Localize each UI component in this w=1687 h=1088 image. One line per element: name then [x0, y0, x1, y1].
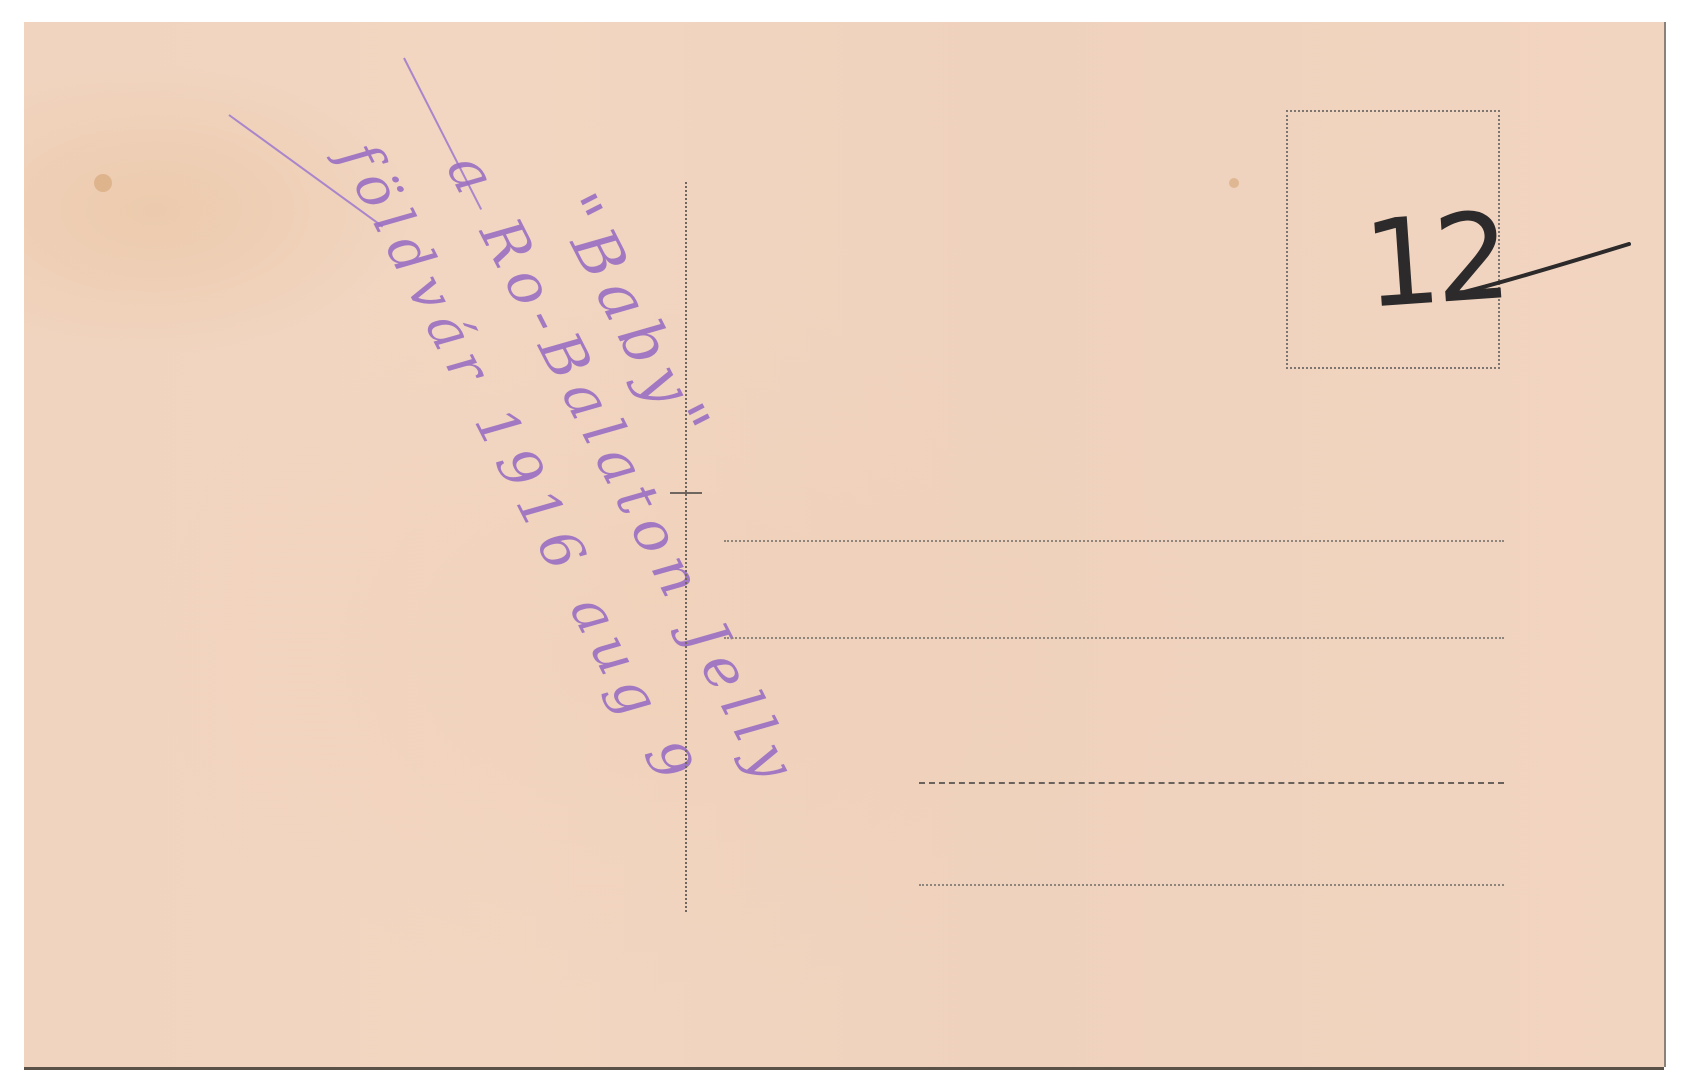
divider-tick: [670, 492, 702, 494]
stain: [94, 174, 112, 192]
address-line-4: [919, 884, 1504, 886]
address-line-2: [724, 637, 1504, 639]
center-divider: [685, 182, 687, 912]
pencil-stroke-icon: [1464, 242, 1634, 302]
postcard-back: "Baby" a Ro-Balaton Jelly földvár 1916 a…: [24, 22, 1664, 1067]
stain: [1229, 178, 1239, 188]
address-line-1: [724, 540, 1504, 542]
address-line-3: [919, 782, 1504, 784]
